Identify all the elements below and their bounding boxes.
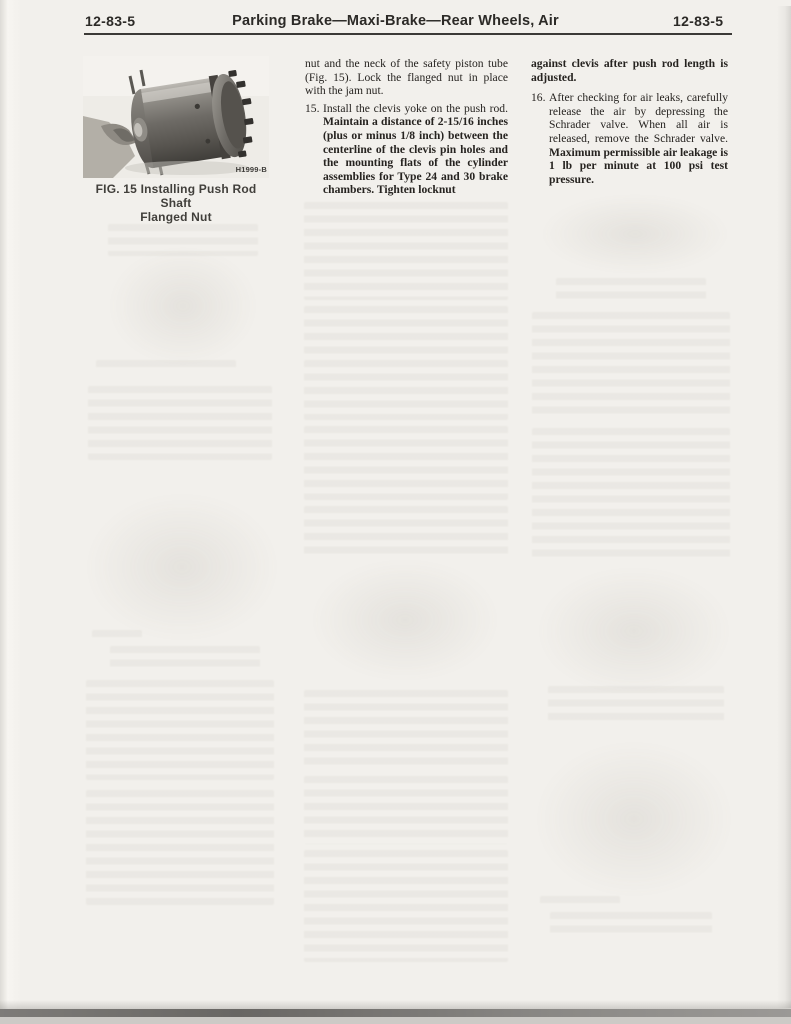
paragraph-continuation: nut and the neck of the safety piston tu… <box>305 57 508 98</box>
step-15-number: 15. <box>305 102 320 116</box>
figure-15: H1999-B FIG. 15 Installing Push Rod Shaf… <box>83 56 269 224</box>
figure-caption-line2: Flanged Nut <box>83 210 269 224</box>
header-rule <box>84 33 732 35</box>
step-15-text: Install the clevis yoke on the push rod.… <box>323 102 508 197</box>
text-column-right: against clevis after push rod length is … <box>531 57 728 186</box>
scan-bottom-edge <box>0 1009 791 1017</box>
scanned-manual-page: { "header": { "left_code": "12-83-5", "t… <box>0 0 791 1024</box>
paragraph-bold-continuation: against clevis after push rod length is … <box>531 57 728 84</box>
step-16: 16. After checking for air leaks, carefu… <box>531 91 728 186</box>
step-16-text: After checking for air leaks, carefully … <box>549 91 728 186</box>
scan-left-edge <box>0 0 22 1024</box>
step-16-number: 16. <box>531 91 546 105</box>
figure-photo: H1999-B <box>83 56 269 178</box>
step-15: 15. Install the clevis yoke on the push … <box>305 102 508 197</box>
page-header: 12-83-5 Parking Brake—Maxi-Brake—Rear Wh… <box>0 0 791 40</box>
figure-caption-line1: FIG. 15 Installing Push Rod Shaft <box>83 182 269 210</box>
photo-id-label: H1999-B <box>236 165 267 174</box>
page-number-right: 12-83-5 <box>673 13 723 29</box>
scanner-surface <box>0 1017 791 1024</box>
brake-chamber-photo-illustration <box>83 56 269 178</box>
figure-caption: FIG. 15 Installing Push Rod Shaft Flange… <box>83 182 269 224</box>
text-column-middle: nut and the neck of the safety piston tu… <box>305 57 508 197</box>
scan-right-edge <box>777 6 791 1008</box>
